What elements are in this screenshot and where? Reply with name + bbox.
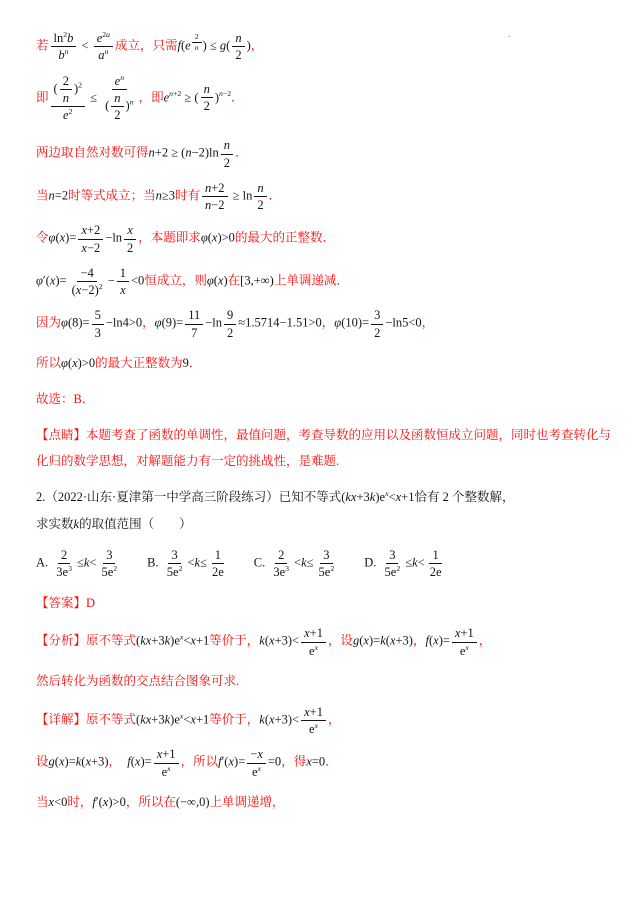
math-text: 3 [171, 548, 177, 562]
fraction-denominator: x−2 [78, 240, 103, 256]
superscript: x [258, 763, 261, 772]
math-text: 2 [127, 241, 133, 255]
fraction-numerator: 2 [275, 547, 287, 564]
text-run-red: 上单调递减． [274, 273, 349, 287]
math-text: ≤ [307, 556, 314, 570]
math-variable: x [127, 223, 133, 237]
math-fraction: 53 [92, 307, 104, 341]
math-text: 3 [106, 548, 112, 562]
fraction-denominator: 2 [124, 240, 136, 256]
math-variable: kx [140, 634, 151, 648]
math-text: +2 [87, 223, 100, 237]
math-fraction: n2 [232, 30, 244, 64]
math-variable: n [195, 43, 199, 52]
math-text: −4 [80, 266, 93, 280]
superscript: 3 [68, 564, 72, 573]
superscript: n−2 [219, 89, 231, 98]
fraction-numerator: 11 [185, 307, 203, 324]
math-text: +1 [162, 747, 175, 761]
paragraph-13: 【答案】D [36, 590, 612, 617]
math-variable: n [114, 91, 120, 105]
fraction-numerator: 3 [386, 547, 398, 564]
math-variable: kx [345, 490, 356, 504]
math-text: −ln5<0 [385, 316, 421, 330]
fraction-denominator: 2 [254, 197, 266, 213]
math-text: )e [375, 490, 385, 504]
paragraph-2: 即(2n)2e2 ≤ en(n2)n，即en+2 ≥ (n2)n−2． [36, 73, 612, 124]
text-run-red: 等价于， [209, 712, 259, 726]
math-text: 3e [56, 565, 68, 579]
paragraph-10: 【点睛】本题考查了函数的单调性，最值问题，考查导数的应用以及函数恒成立问题，同时… [36, 422, 612, 476]
fraction-denominator: ex [249, 764, 264, 780]
fraction-numerator: −4 [77, 265, 96, 282]
text-run-red: ， [251, 39, 264, 53]
paragraph-18: 当x<0时，f′(x)>0，所以在(−∞,0)上单调递增， [36, 789, 612, 816]
math-variable: x [120, 283, 126, 297]
math-text: 2 [227, 326, 233, 340]
paragraph-8: 所以φ(x)>0的最大正整数为9． [36, 350, 612, 377]
text-run-red: 恒成立，则 [144, 273, 207, 287]
math-text: 5e [385, 565, 397, 579]
math-fraction: 35e2 [316, 547, 338, 581]
text-run-red: ， [422, 316, 435, 330]
fraction-numerator: n+2 [202, 180, 228, 197]
fraction-numerator: 3 [103, 547, 115, 564]
math-fraction: e2aan [94, 30, 113, 64]
math-text: −2) [81, 283, 98, 297]
text-run-red: 【点睛】本题考查了函数的单调性，最值问题，考查导数的应用以及函数恒成立问题，同时… [36, 428, 611, 469]
math-variable: n [204, 82, 210, 96]
math-text: )e [170, 634, 180, 648]
superscript: 2 [396, 564, 400, 573]
math-text: (8)= [68, 316, 90, 330]
text-run-red: 成立，只需 [115, 39, 178, 53]
math-text: 3 [68, 564, 72, 573]
math-fraction: −xex [247, 746, 266, 780]
math-fraction: 92 [224, 307, 236, 341]
fraction-denominator: 3e3 [53, 564, 75, 580]
text-run-red: ，所以在 [126, 795, 176, 809]
fraction-numerator: en [112, 73, 127, 90]
math-text: 9 [227, 308, 233, 322]
math-text: +1 [310, 705, 323, 719]
math-text: 2 [396, 564, 400, 573]
fraction-numerator: n [221, 137, 233, 154]
text-run-red: 时等式成立；当 [68, 188, 156, 202]
text-run-red: 故选：B． [36, 392, 94, 406]
math-fraction: n2 [221, 137, 233, 171]
math-variable: x [258, 763, 261, 772]
math-fraction: 2n [60, 73, 72, 107]
text-run-red: 上单调递增， [210, 795, 285, 809]
math-text: +1 [401, 490, 414, 504]
fraction-numerator: n [201, 81, 213, 98]
math-variable: n [224, 138, 230, 152]
math-fraction: 1x [117, 265, 129, 299]
document-body: 若ln2bbn < e2aan成立，只需f(e2n) ≤ g(n2)，即(2n)… [36, 30, 612, 816]
math-text: +1 [310, 626, 323, 640]
math-text: −ln [105, 231, 122, 245]
paragraph-4: 当n=2时等式成立；当n≥3时有n+2n−2 ≥ lnn2． [36, 180, 612, 214]
paragraph-5: 令φ(x)=x+2x−2−lnx2，本题即求φ(x)>0的最大的正整数． [36, 222, 612, 256]
math-text: 2 [224, 156, 230, 170]
math-fraction: 12e [427, 547, 445, 581]
text-run-red: 的最大正整数为 [95, 356, 183, 370]
text-run-red: ． [189, 356, 202, 370]
superscript: 2 [78, 80, 82, 89]
superscript: 2 [99, 282, 103, 291]
math-text: )= [65, 755, 76, 769]
fraction-denominator: 2 [232, 47, 244, 63]
fraction-denominator: ex [306, 643, 321, 659]
math-text: 恰有 2 个整数解， [414, 490, 514, 504]
fraction-numerator: −x [247, 746, 266, 763]
math-text: (9)= [162, 316, 184, 330]
math-text: +3 [356, 490, 369, 504]
math-fraction: x2 [124, 222, 136, 256]
math-text: 2 [235, 48, 241, 62]
math-text: < [418, 556, 425, 570]
text-run-red: ，本题即求 [138, 231, 201, 245]
math-text: +2 [211, 181, 224, 195]
math-text: B. [122, 556, 162, 570]
math-text: +3) [91, 755, 108, 769]
math-text: 5e [319, 565, 331, 579]
math-text: ′( [96, 795, 103, 809]
math-variable: kx [140, 712, 151, 726]
math-fraction: n+2n−2 [202, 180, 228, 214]
superscript: 2a [102, 30, 110, 39]
math-text: +1 [460, 626, 473, 640]
math-text: ) ≤ [203, 39, 220, 53]
math-text: ≥ ln [230, 188, 253, 202]
fraction-denominator: 5e2 [382, 564, 404, 580]
superscript: x [465, 642, 468, 651]
math-text: 2 [113, 564, 117, 573]
math-text: ≤ [200, 556, 207, 570]
math-variable: φ [207, 273, 214, 287]
math-variable: φ [61, 356, 68, 370]
text-run-red: 的最大的正整数． [235, 231, 335, 245]
math-text: 11 [188, 308, 200, 322]
text-run-red: ， [413, 634, 426, 648]
math-variable: φ [36, 273, 43, 287]
text-run-red: 时， [67, 795, 92, 809]
text-run-red: ，得 [281, 755, 306, 769]
math-fraction: 23e3 [270, 547, 292, 581]
text-run-red: 【详解】原不等式 [36, 712, 136, 726]
fraction-numerator: n [254, 180, 266, 197]
math-text: 2 [374, 326, 380, 340]
math-text: =0 [312, 755, 325, 769]
math-fraction: 117 [185, 307, 203, 341]
math-text: )= [234, 755, 245, 769]
math-text: ≈1.5714−1.51>0 [238, 316, 321, 330]
math-fraction: x+2x−2 [78, 222, 103, 256]
math-text: 2 [257, 198, 263, 212]
fraction-denominator: 7 [188, 325, 200, 341]
fraction-denominator: bn [55, 47, 71, 63]
math-text: +3 [151, 634, 164, 648]
math-text: ≤ [87, 90, 100, 104]
math-text: 3e [273, 565, 285, 579]
fraction-denominator: e2 [60, 107, 75, 123]
math-text: )>0 [78, 356, 95, 370]
math-text: +3)< [275, 712, 300, 726]
math-text: −ln4>0 [106, 316, 142, 330]
math-variable: b [67, 31, 73, 45]
paragraph-11: 2.（2022·山东·夏津第一中学高三阶段练习）已知不等式(kx+3k)ex<x… [36, 484, 612, 538]
fraction-numerator: ln2b [51, 30, 77, 47]
text-run-red: 【分析】原不等式 [36, 634, 136, 648]
math-text: 3 [374, 308, 380, 322]
math-text: 5 [95, 308, 101, 322]
paragraph-1: 若ln2bbn < e2aan成立，只需f(e2n) ≤ g(n2)， [36, 30, 612, 64]
superscript: 2 [330, 564, 334, 573]
superscript: n [65, 47, 69, 56]
math-text: )e [170, 712, 180, 726]
math-variable: x [315, 642, 318, 651]
math-text: ≥3 [162, 188, 175, 202]
math-text: 2e [212, 565, 224, 579]
superscript: 2 [179, 564, 183, 573]
fraction-denominator: 5e2 [164, 564, 186, 580]
fraction-denominator: 2e [427, 564, 445, 580]
math-text: < [78, 39, 91, 53]
math-fraction: (2n)2e2 [51, 73, 85, 124]
fraction-numerator: x+1 [301, 625, 326, 642]
text-run-red: ，即 [139, 90, 164, 104]
math-text: −2)ln [192, 146, 219, 160]
math-variable: φ [201, 231, 208, 245]
math-text: 2e [430, 565, 442, 579]
math-fraction: x+1ex [154, 746, 179, 780]
math-text: )= [369, 634, 380, 648]
fraction-numerator: 9 [224, 307, 236, 324]
math-variable: n [130, 97, 134, 106]
math-text: )= [439, 634, 450, 648]
math-variable: φ [155, 316, 162, 330]
text-run-red: ， [328, 712, 341, 726]
fraction-denominator: n [60, 90, 72, 106]
fraction-denominator: 2 [371, 325, 383, 341]
math-fraction: 12e [209, 547, 227, 581]
document-page: . 若ln2bbn < e2aan成立，只需f(e2n) ≤ g(n2)，即(2… [0, 0, 642, 907]
superscript: n [120, 72, 124, 81]
math-text: ( [54, 81, 58, 95]
math-fraction: n2 [254, 180, 266, 214]
math-fraction: x+1ex [452, 625, 477, 659]
math-text: 2 [330, 564, 334, 573]
fraction-denominator: 5e2 [316, 564, 338, 580]
fraction-denominator: (x−2)2 [69, 282, 106, 298]
math-text: (−∞,0) [176, 795, 210, 809]
text-run-red: ， [322, 316, 335, 330]
math-text: 3 [389, 548, 395, 562]
math-text: )= [65, 231, 76, 245]
math-text: A. [36, 556, 51, 570]
math-text: )= [55, 273, 66, 287]
fraction-numerator: 3 [371, 307, 383, 324]
math-text: <0 [54, 795, 67, 809]
math-text: D. [339, 556, 379, 570]
math-text: 2 [61, 548, 67, 562]
fraction-denominator: 5e2 [98, 564, 120, 580]
fraction-numerator: x+1 [301, 704, 326, 721]
math-fraction: ln2bbn [51, 30, 77, 64]
math-text: 1 [215, 548, 221, 562]
math-text: −2 [223, 89, 231, 98]
math-fraction: 35e2 [382, 547, 404, 581]
math-text: C. [229, 556, 269, 570]
fraction-numerator: 2 [58, 547, 70, 564]
math-fraction: n2 [201, 81, 213, 115]
math-fraction: x+1ex [301, 704, 326, 738]
math-variable: e [185, 39, 191, 53]
text-run-red: 若 [36, 39, 49, 53]
math-fraction: en(n2)n [102, 73, 136, 124]
superscript: x [167, 763, 170, 772]
math-text: − [108, 273, 115, 287]
fraction-denominator: 2e [209, 564, 227, 580]
paragraph-16: 【详解】原不等式(kx+3k)ex<x+1等价于，k(x+3)<x+1ex， [36, 704, 612, 738]
math-fraction: 35e2 [98, 547, 120, 581]
math-fraction: 2n [192, 32, 202, 53]
text-run-red: ． [231, 90, 244, 104]
math-variable: x [315, 721, 318, 730]
text-run-red: ，设 [328, 634, 353, 648]
math-text: +1 [196, 712, 209, 726]
math-variable: n [235, 31, 241, 45]
math-text: < [89, 556, 96, 570]
math-variable: a [106, 30, 110, 39]
text-run-red: 时有 [175, 188, 200, 202]
math-text: 5e [167, 565, 179, 579]
math-text: 2.（2022·山东·夏津第一中学高三阶段练习）已知不等式 [36, 490, 341, 504]
text-run-red: 然后转化为函数的交点结合图象可求. [36, 674, 239, 688]
math-variable: n [65, 47, 69, 56]
paragraph-7: 因为φ(8)=53−ln4>0，φ(9)=117−ln92≈1.5714−1.5… [36, 307, 612, 341]
fraction-denominator: x [117, 282, 129, 298]
fraction-numerator: x [124, 222, 136, 239]
fraction-denominator: 3 [92, 325, 104, 341]
paragraph-6: φ′(x)=−4(x−2)2−1x<0恒成立，则φ(x)在[3,+∞)上单调递减… [36, 265, 612, 299]
paragraph-14: 【分析】原不等式(kx+3k)ex<x+1等价于，k(x+3)<x+1ex，设g… [36, 625, 612, 659]
math-text: 1 [120, 266, 126, 280]
math-variable: x [167, 763, 170, 772]
text-run-red: ，所以 [181, 755, 219, 769]
math-variable: n [63, 91, 69, 105]
math-text: (10)= [341, 316, 369, 330]
math-variable: φ [61, 316, 68, 330]
fraction-denominator: 2 [224, 325, 236, 341]
math-fraction: 35e2 [164, 547, 186, 581]
fraction-denominator: (n2)n [102, 90, 136, 124]
fraction-numerator: 2 [192, 32, 202, 43]
superscript: 2 [113, 564, 117, 573]
fraction-numerator: 2 [60, 73, 72, 90]
fraction-numerator: (2n)2 [51, 73, 85, 108]
superscript: x [315, 721, 318, 730]
math-text: ( [226, 39, 230, 53]
stray-dot: . [508, 28, 511, 40]
fraction-denominator: an [95, 47, 111, 63]
math-text: 2 [78, 80, 82, 89]
text-run-red: 两边取自然对数可得 [36, 146, 149, 160]
math-text: )>0 [108, 795, 125, 809]
fraction-numerator: 5 [92, 307, 104, 324]
math-fraction: 23e3 [53, 547, 75, 581]
fraction-numerator: 1 [117, 265, 129, 282]
paragraph-12: A. 23e3≤k<35e2 B. 35e2<k≤12e C. 23e3<k≤3… [36, 547, 612, 581]
text-run-red: 即 [36, 90, 49, 104]
math-text: −2 [87, 241, 100, 255]
math-text: 2 [99, 282, 103, 291]
math-text: 2 [63, 74, 69, 88]
superscript: x [315, 642, 318, 651]
math-text: ≥ ( [181, 90, 198, 104]
math-text: ln [54, 31, 64, 45]
text-run-red: ． [325, 755, 338, 769]
math-fraction: 32 [371, 307, 383, 341]
fraction-denominator: n−2 [202, 197, 228, 213]
math-text: 2 [195, 32, 199, 41]
math-text: ≤ [77, 556, 84, 570]
fraction-denominator: 3e3 [270, 564, 292, 580]
superscript: n [105, 47, 109, 56]
fraction-numerator: n [232, 30, 244, 47]
math-text: < [187, 556, 194, 570]
superscript: n [130, 97, 134, 106]
math-variable: n [120, 72, 124, 81]
math-text: +3 [151, 712, 164, 726]
paragraph-15: 然后转化为函数的交点结合图象可求. [36, 668, 612, 695]
superscript: 2n [191, 37, 203, 46]
math-variable: n [105, 47, 109, 56]
fraction-numerator: x+2 [78, 222, 103, 239]
math-text: 2 [179, 564, 183, 573]
math-text: 求实数 [36, 517, 74, 531]
math-text: 2 [278, 548, 284, 562]
fraction-numerator: x+1 [154, 746, 179, 763]
math-text: ′( [43, 273, 50, 287]
text-run-red: ， [108, 755, 127, 769]
paragraph-17: 设g(x)=k(x+3)， f(x)=x+1ex，所以f′(x)=−xex=0，… [36, 746, 612, 780]
math-text: < [389, 490, 396, 504]
text-run-red: ， [479, 634, 492, 648]
math-text: 3 [95, 326, 101, 340]
fraction-denominator: ex [159, 764, 174, 780]
math-text: +2 ≥ ( [155, 146, 186, 160]
text-run-red: 因为 [36, 316, 61, 330]
text-run-red: ． [269, 188, 282, 202]
math-text: −ln [205, 316, 222, 330]
math-text: 3 [285, 564, 289, 573]
math-variable: n [257, 181, 263, 195]
math-text: 7 [191, 326, 197, 340]
math-text: −2 [211, 198, 224, 212]
math-text: ( [105, 98, 109, 112]
fraction-numerator: x+1 [452, 625, 477, 642]
superscript: 3 [285, 564, 289, 573]
math-text: =0 [268, 755, 281, 769]
fraction-denominator: ex [457, 643, 472, 659]
math-fraction: −4(x−2)2 [69, 265, 106, 299]
paragraph-9: 故选：B． [36, 386, 612, 413]
math-text: 5e [101, 565, 113, 579]
text-run-red: 当 [36, 188, 49, 202]
text-run-red: 等价于， [209, 634, 259, 648]
